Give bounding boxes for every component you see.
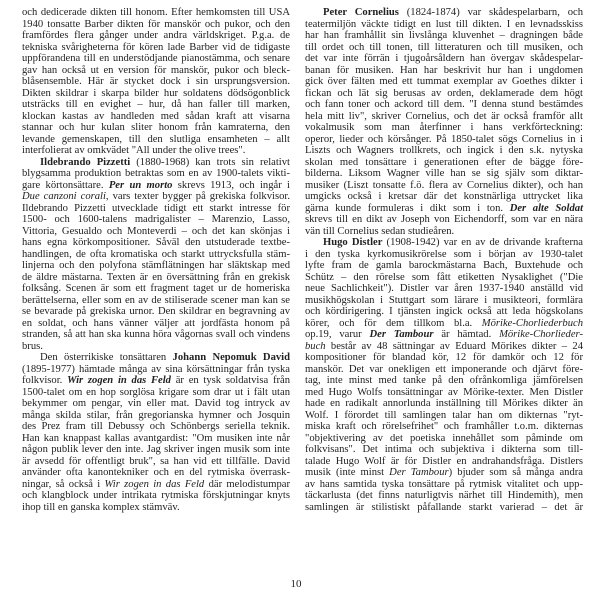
text-line: hans egna körkompositioner. Såväl den ut… (22, 237, 290, 249)
left-column: och dedicerade dikten till honom. Efter … (22, 7, 290, 513)
text-line: "objektivering av det poetiska innehålle… (305, 433, 583, 445)
text-line: hade en radikalt annorlunda inställning … (305, 398, 583, 410)
text-line: berättelserna, eller som en av de stilis… (22, 295, 290, 307)
text-line: ihop till en ganska komplex stämväv. (22, 502, 290, 514)
text-line: använder ofta kanontekniker och en del r… (22, 467, 290, 479)
text-line: gärna kunde formuleras i dikt som i ton.… (305, 203, 583, 215)
text-segment: berättelserna, eller som en av de stilis… (22, 295, 290, 306)
text-segment: levande gemenskapen, till den slutliga e… (22, 134, 290, 145)
text-line: interfolierat av omkvädet "All under the… (22, 145, 290, 157)
text-segment: med Hugo Wolfs tonsättningar av Mörike-t… (305, 387, 583, 398)
text-segment: vokalmusik som man återfinner i hans ver… (305, 122, 583, 133)
text-segment: musik (inte minst (305, 467, 389, 478)
text-line: (1895-1977) hämtade många av sina körsät… (22, 364, 290, 376)
text-segment: till ordet och till tonen, till litterat… (305, 42, 583, 53)
text-line: gav han också ut en version för manskör,… (22, 65, 290, 77)
text-line: och klangblock under intrikata rytmiska … (22, 490, 290, 502)
text-segment: linjerna och den polyfona stämflätningen… (22, 260, 290, 271)
text-segment: i den tyska kyrkomusikrörelse som i börj… (305, 249, 583, 260)
text-segment: kompositioner för blandad kör, 12 för da… (305, 352, 583, 363)
text-line: linjerna och den polyfona stämflätningen… (22, 260, 290, 272)
text-segment: folksång. Scenen är som ett fragment tag… (22, 283, 290, 294)
text-line: teatermiljön väckte tidigt en lust till … (305, 19, 583, 31)
text-line: en soldat, och hans vänner väljer att jo… (22, 318, 290, 330)
text-segment: vän till Cornelius sedan studieåren. (305, 226, 454, 237)
text-segment: utsträcks till en evighet – hur, då han … (22, 99, 290, 110)
text-line: Schütz – den rörelse som fått etiketten … (305, 272, 583, 284)
text-segment: någon publik lever den inte. Jag skriver… (22, 444, 290, 455)
text-line: neue Sachlichkeit"). Distler var åren 19… (305, 283, 583, 295)
text-line: Hugo Distler (1908-1942) var en av de dr… (305, 237, 583, 249)
text-line: Liszts och Wagners trollkrets, och ingic… (305, 145, 583, 157)
text-line: musiker (Liszt tonsatte f.ö. flera av Co… (305, 180, 583, 192)
text-segment: 1500- och 1600-talens madrigalister – Ma… (22, 214, 290, 225)
emphasized-text: Wir zogen in das Feld (67, 375, 171, 386)
text-line: i den tyska kyrkomusikrörelse som i börj… (305, 249, 583, 261)
text-segment: där melodistumpar (204, 479, 290, 490)
text-segment: ihop till en ganska komplex stämväv. (22, 502, 180, 513)
text-line: tekniska svårigheterna för kören lade Ba… (22, 42, 290, 54)
text-line: Han kan knappast kallas avantgardist: "O… (22, 433, 290, 445)
emphasized-text: Ildebrando Pizzetti (40, 157, 130, 168)
text-line: miska kraft och rörelsefrihet" och framh… (305, 421, 583, 433)
text-segment: (1908-1942) var en av de drivande krafte… (382, 237, 583, 248)
text-segment: operor, lieder och körsånger. På 1850-ta… (305, 134, 583, 145)
text-segment: Wolf. I förordet till samlingen talar ha… (305, 410, 583, 421)
text-line: bilderna. Liksom Wagner ville han se sig… (305, 168, 583, 180)
text-line: av hans samtida tyska tonsättare på rytm… (305, 479, 583, 491)
text-segment: skolan med tonsättare i generationen eft… (305, 157, 583, 168)
text-line: vän till Cornelius sedan studieåren. (305, 226, 583, 238)
text-segment: och dedicerade dikten till honom. Efter … (22, 7, 290, 18)
text-segment: uppförandena till en understödjande pian… (22, 53, 290, 64)
text-line: op.19, varur Der Tambour är hämtad. Möri… (305, 329, 583, 341)
text-line: de äldre mästarna. Texten är en översätt… (22, 272, 290, 284)
text-segment: Den österrikiske tonsättaren (40, 352, 173, 363)
text-line: hela mitt liv", skriver Cornelius, och d… (305, 111, 583, 123)
text-line: lyfte fram de gamla barockmästarna Bach,… (305, 260, 583, 272)
text-segment: interfolierat av omkvädet "All under the… (22, 145, 245, 156)
text-segment: tag, inte minst med tanke på den ofrånko… (305, 375, 583, 386)
text-segment: Schütz – den rörelse som fått etiketten … (305, 272, 583, 283)
text-segment: musiker (Liszt tonsatte f.ö. flera av Co… (305, 180, 583, 191)
text-segment: gare körtonsättare. (22, 180, 109, 191)
text-segment: använder ofta kanontekniker och en del r… (22, 467, 290, 478)
text-segment: brus. (22, 341, 43, 352)
emphasized-text: Mörike-Chorliederbuch (482, 318, 583, 329)
text-segment: täckarlusta (det finns naturligtvis närh… (305, 490, 583, 501)
text-line: tag, inte minst med tanke på den ofrånko… (305, 375, 583, 387)
text-line: samlingen är stilistiskt påfallande star… (305, 502, 583, 514)
text-line: fickan och lät sig berusas av orden, dek… (305, 88, 583, 100)
text-segment: en soldat, och hans vänner väljer att jo… (22, 318, 290, 329)
text-line: täckarlusta (det finns naturligtvis närh… (305, 490, 583, 502)
text-line: har han framhållit sin livslånga kluvenh… (305, 30, 583, 42)
text-segment: är en tysk soldatvisa från (171, 375, 290, 386)
text-segment: talade Hugo Wolf är för Distler en andra… (305, 456, 583, 467)
text-line: manskör. Det var onekligen ett imponeran… (305, 364, 583, 376)
text-segment: Han kan knappast kallas avantgardist: "O… (22, 433, 290, 444)
emphasized-text: Der Tambour (389, 467, 448, 478)
text-segment: är avsedd för offentligt bruk", sa han v… (22, 456, 290, 467)
text-line: många skilda stilar, från gregorianska h… (22, 410, 290, 422)
text-segment: banan för musiken. Han har beskrivit hur… (305, 65, 583, 76)
text-line: och dedicerade dikten till honom. Efter … (22, 7, 290, 19)
text-segment: det var inte förrän i tjugoårsåldern han… (305, 53, 583, 64)
text-segment: op.19, varur (305, 329, 370, 340)
text-segment: lyfte fram de gamla barockmästarna Bach,… (305, 260, 583, 271)
text-line: folkvisor. Wir zogen in das Feld är en t… (22, 375, 290, 387)
text-line: det var inte förrän i tjugoårsåldern han… (305, 53, 583, 65)
text-line: till ordet och till tonen, till litterat… (305, 42, 583, 54)
text-line: Wolf. I förordet till samlingen talar ha… (305, 410, 583, 422)
text-segment: de äldre mästarna. Texten är en översätt… (22, 272, 290, 283)
text-segment: gick över fälten med ett tummat exemplar… (305, 76, 583, 87)
text-line: körer, och för dem tillkom bl.a. Mörike-… (305, 318, 583, 330)
emphasized-text: Der Tambour (370, 329, 434, 340)
text-line: utsträcks till en evighet – hur, då han … (22, 99, 290, 111)
emphasized-text: buch (305, 341, 326, 352)
text-segment: av hans samtida tyska tonsättare på rytm… (305, 479, 583, 490)
text-line: Ildebrando Pizzetti (1880-1968) kan trot… (22, 157, 290, 169)
text-line: Dikten skildrar i skarpa bilder hur sold… (22, 88, 290, 100)
text-line: skrevs till en dikt av Joseph von Eichen… (305, 214, 583, 226)
text-line: är avsedd för offentligt bruk", sa han v… (22, 456, 290, 468)
emphasized-text: Hugo Distler (323, 237, 382, 248)
text-segment: skrevs 1913, och ingår i (172, 180, 290, 191)
text-segment: är hämtad. (433, 329, 499, 340)
text-segment: Ildebrando Pizzetti utvecklade tidigt et… (22, 203, 290, 214)
text-line: handlingen, de ofta kromatiska och stark… (22, 249, 290, 261)
text-segment: samlingen är stilistiskt påfallande star… (305, 502, 583, 513)
text-line: folkvisans". Det intima och subjektiva i… (305, 444, 583, 456)
text-line: Peter Cornelius (1824-1874) var skådespe… (305, 7, 583, 19)
text-segment: (1824-1874) var skådespelarbarn, och (399, 7, 583, 18)
text-segment: 1500-talet om en hop sorglösa krigare so… (22, 387, 290, 398)
right-column: Peter Cornelius (1824-1874) var skådespe… (305, 7, 583, 513)
text-line: se bevarade på grekiska urnor. Den skild… (22, 306, 290, 318)
text-segment: "objektivering av det poetiska innehålle… (305, 433, 583, 444)
text-segment: framfördes flera gånger under andra värl… (22, 30, 290, 41)
text-segment: neue Sachlichkeit"). Distler var åren 19… (305, 283, 583, 294)
text-segment: gärna kunde formuleras i dikt som i ton. (305, 203, 510, 214)
text-segment: ningar, så också i (22, 479, 105, 490)
text-segment: ) bjuder som så många andra (449, 467, 583, 478)
text-segment: Liszts och Wagners trollkrets, och ingic… (305, 145, 583, 156)
text-segment: och kördirigering. I tjänsten ingick ock… (305, 306, 583, 317)
text-line: buch består av 48 sättningar av Eduard M… (305, 341, 583, 353)
text-line: bekymmer om pengar, vin eller mat. David… (22, 398, 290, 410)
text-segment: folkvisor. (22, 375, 67, 386)
text-segment: hela mitt liv", skriver Cornelius, och d… (305, 111, 583, 122)
text-line: stannar och hur kulan sliter honom från … (22, 122, 290, 134)
emphasized-text: Due canzoni corali (22, 191, 106, 202)
text-segment: Dikten skildrar i skarpa bilder hur sold… (22, 88, 290, 99)
emphasized-text: Der alte Soldat (510, 203, 583, 214)
text-line: kompositioner för blandad kör, 12 för da… (305, 352, 583, 364)
text-line: musik (inte minst Der Tambour) bjuder so… (305, 467, 583, 479)
text-segment: och fann toner och ackord till dem. "I d… (305, 99, 583, 110)
emphasized-text: Per un morto (109, 180, 173, 191)
text-line: vokalmusik som man återfinner i hans ver… (305, 122, 583, 134)
text-segment: Vittoria, Gesualdo och Monteverdi – och … (22, 226, 290, 237)
text-segment: folkvisans". Det intima och subjektiva i… (305, 444, 583, 455)
text-line: blåsensemble. Här är stycket dock i sin … (22, 76, 290, 88)
text-line: 1940 tonsatte Barber dikten för manskör … (22, 19, 290, 31)
text-segment: , vars texter bygger på grekiska folkvis… (106, 191, 290, 202)
text-segment: umgicks också i kretsar där det konstnär… (305, 191, 583, 202)
text-segment: hade en radikalt annorlunda inställning … (305, 398, 583, 409)
text-segment: blygsamma produktion betraktas som en av… (22, 168, 290, 179)
text-line: Due canzoni corali, vars texter bygger p… (22, 191, 290, 203)
text-line: musikhögskolan i Stuttgart som lärare i … (305, 295, 583, 307)
text-line: banan för musiken. Han har beskrivit hur… (305, 65, 583, 77)
text-line: och kördirigering. I tjänsten ingick ock… (305, 306, 583, 318)
text-line: umgicks också i kretsar där det konstnär… (305, 191, 583, 203)
text-segment: och klangblock under intrikata rytmiska … (22, 490, 290, 501)
emphasized-text: Mörike-Chorlieder- (499, 329, 583, 340)
text-segment: (1880-1968) kan trots sin relativt (130, 157, 290, 168)
text-line: stranden, så att han ska kunna höra vågo… (22, 329, 290, 341)
text-line: och fann toner och ackord till dem. "I d… (305, 99, 583, 111)
text-line: gare körtonsättare. Per un morto skrevs … (22, 180, 290, 192)
text-segment: manskör. Det var onekligen ett imponeran… (305, 364, 583, 375)
text-segment: har han framhållit sin livslånga kluvenh… (305, 30, 583, 41)
text-segment: tekniska svårigheterna för kören lade Ba… (22, 42, 290, 53)
text-line: des Prez fram till Debussy och Schönberg… (22, 421, 290, 433)
text-segment: bekymmer om pengar, vin eller mat. David… (22, 398, 290, 409)
text-line: folksång. Scenen är som ett fragment tag… (22, 283, 290, 295)
emphasized-text: Peter Cornelius (323, 7, 399, 18)
text-segment: musikhögskolan i Stuttgart som lärare i … (305, 295, 583, 306)
text-segment: des Prez fram till Debussy och Schönberg… (22, 421, 290, 432)
text-segment: gav han också ut en version för manskör,… (22, 65, 290, 76)
text-line: någon publik lever den inte. Jag skriver… (22, 444, 290, 456)
text-line: 1500- och 1600-talens madrigalister – Ma… (22, 214, 290, 226)
text-segment: stannar och hur kulan sliter honom från … (22, 122, 290, 133)
text-line: framfördes flera gånger under andra värl… (22, 30, 290, 42)
text-line: Ildebrando Pizzetti utvecklade tidigt et… (22, 203, 290, 215)
text-segment: består av 48 sättningar av Eduard Mörike… (326, 341, 583, 352)
text-line: blygsamma produktion betraktas som en av… (22, 168, 290, 180)
text-segment: fickan och lät sig berusas av orden, dek… (305, 88, 583, 99)
text-segment: bilderna. Liksom Wagner ville han se sig… (305, 168, 583, 179)
text-segment: se bevarade på grekiska urnor. Den skild… (22, 306, 290, 317)
text-line: 1500-talet om en hop sorglösa krigare so… (22, 387, 290, 399)
text-segment: 1940 tonsatte Barber dikten för manskör … (22, 19, 290, 30)
text-segment: skrevs till en dikt av Joseph von Eichen… (305, 214, 583, 225)
text-line: gick över fälten med ett tummat exemplar… (305, 76, 583, 88)
text-line: levande gemenskapen, till den slutliga e… (22, 134, 290, 146)
text-segment: hans egna körkompositioner. Såväl den ut… (22, 237, 290, 248)
text-line: talade Hugo Wolf är för Distler en andra… (305, 456, 583, 468)
text-line: ningar, så också i Wir zogen in das Feld… (22, 479, 290, 491)
text-segment: (1895-1977) hämtade många av sina körsät… (22, 364, 290, 375)
page-number: 10 (0, 578, 592, 590)
text-line: skolan med tonsättare i generationen eft… (305, 157, 583, 169)
text-segment: klockan kastas av handleden med sådan kr… (22, 111, 290, 122)
text-segment: miska kraft och rörelsefrihet" och framh… (305, 421, 583, 432)
text-line: Vittoria, Gesualdo och Monteverdi – och … (22, 226, 290, 238)
emphasized-text: Johann Nepomuk David (173, 352, 290, 363)
text-segment: handlingen, de ofta kromatiska och stark… (22, 249, 290, 260)
text-line: Den österrikiske tonsättaren Johann Nepo… (22, 352, 290, 364)
text-line: med Hugo Wolfs tonsättningar av Mörike-t… (305, 387, 583, 399)
text-line: operor, lieder och körsånger. På 1850-ta… (305, 134, 583, 146)
text-segment: blåsensemble. Här är stycket dock i sin … (22, 76, 290, 87)
text-segment: stranden, så att han ska kunna höra vågo… (22, 329, 290, 340)
text-line: klockan kastas av handleden med sådan kr… (22, 111, 290, 123)
text-segment: många skilda stilar, från gregorianska h… (22, 410, 290, 421)
text-line: brus. (22, 341, 290, 353)
text-segment: teatermiljön väckte tidigt en lust till … (305, 19, 583, 30)
text-line: uppförandena till en understödjande pian… (22, 53, 290, 65)
emphasized-text: Wir zogen in das Feld (105, 479, 205, 490)
text-segment: körer, och för dem tillkom bl.a. (305, 318, 482, 329)
